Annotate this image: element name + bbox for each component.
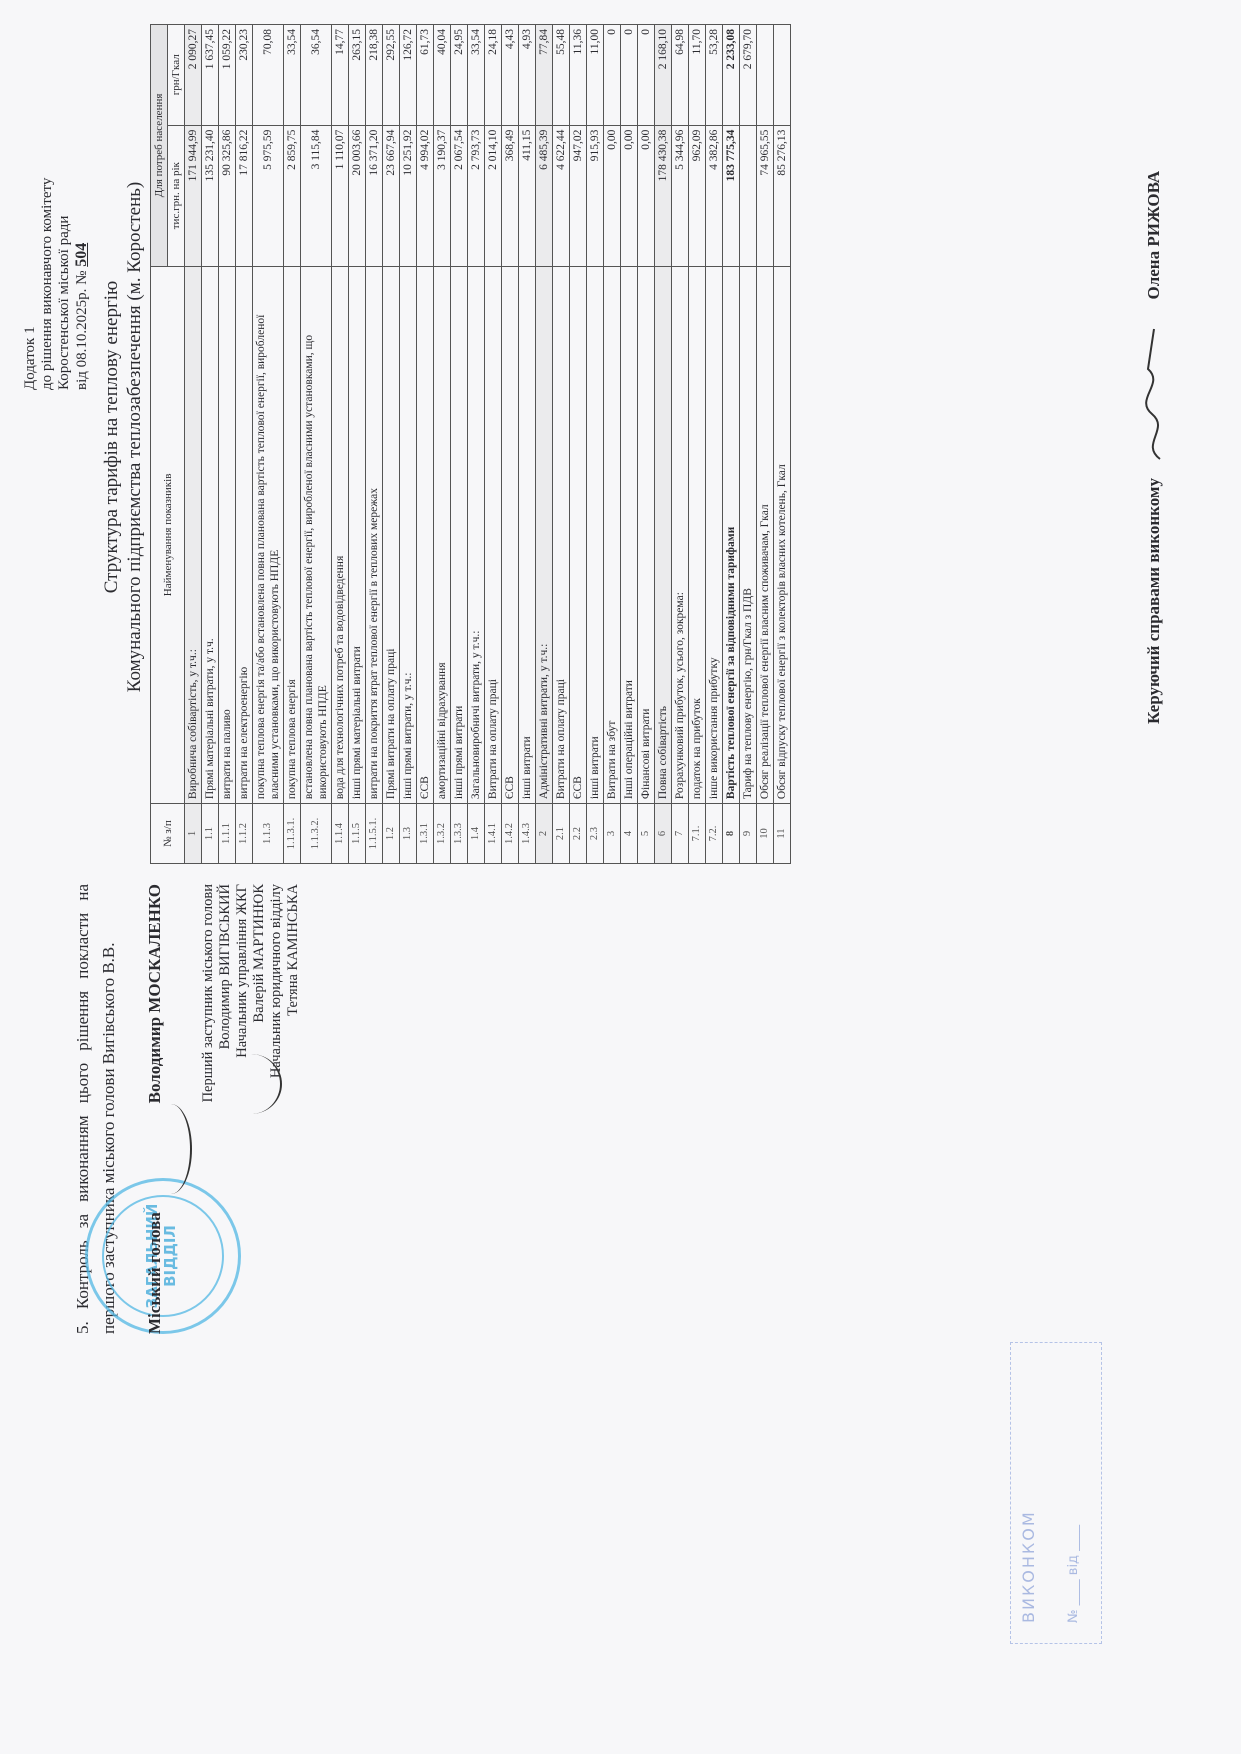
annex-decision: до рішення виконавчого комітету	[39, 60, 56, 390]
annex-header: Додаток 1 до рішення виконавчого комітет…	[22, 60, 91, 390]
row-value-thousand-uah: 135 231,40	[202, 125, 219, 266]
row-code: 1.2	[383, 804, 400, 864]
row-value-uah-per-gcal: 218,38	[366, 25, 383, 126]
row-code: 1.4.2	[502, 804, 519, 864]
row-code: 7	[672, 804, 689, 864]
row-value-thousand-uah: 4 622,44	[553, 125, 570, 266]
table-row: 2Адміністративні витрати, у т.ч.:6 485,3…	[536, 25, 553, 864]
row-name: інше використання прибутку	[706, 266, 723, 803]
row-code: 7.1.	[689, 804, 706, 864]
annex-council: Коростенської міської ради	[56, 60, 73, 390]
row-name: витрати на паливо	[219, 266, 236, 803]
row-value-uah-per-gcal: 2 233,08	[723, 25, 740, 126]
row-code: 4	[621, 804, 638, 864]
row-value-thousand-uah: 74 965,55	[757, 125, 774, 266]
row-name: Прямі витрати на оплату праці	[383, 266, 400, 803]
table-row: 1.1.4вода для технологічних потреб та во…	[332, 25, 349, 864]
table-row: 7Розрахунковий прибуток, усього, зокрема…	[672, 25, 689, 864]
row-value-uah-per-gcal: 55,48	[553, 25, 570, 126]
reg-stamp-title: ВИКОНКОМ	[1019, 1510, 1038, 1623]
row-value-uah-per-gcal: 33,54	[284, 25, 301, 126]
table-row: 1.4.1Витрати на оплату праці2 014,1024,1…	[485, 25, 502, 864]
annex-label: Додаток 1	[22, 60, 39, 390]
title-line-1: Структура тарифів на теплову енергію	[100, 20, 123, 854]
signer-position: Керуючий справами виконкому	[1144, 478, 1163, 724]
row-code: 2.3	[587, 804, 604, 864]
approval-position: Перший заступник міського голови	[200, 884, 217, 1114]
row-name: вода для технологічних потреб та водовід…	[332, 266, 349, 803]
row-value-thousand-uah: 4 382,86	[706, 125, 723, 266]
signature-mark	[1140, 324, 1170, 464]
row-value-thousand-uah: 915,93	[587, 125, 604, 266]
annex-page: Додаток 1 до рішення виконавчого комітет…	[0, 0, 1241, 874]
row-name: Витрати на оплату праці	[485, 266, 502, 803]
row-name: встановлена повна планована вартість теп…	[301, 266, 332, 803]
row-code: 2.2	[570, 804, 587, 864]
row-value-thousand-uah: 0,00	[638, 125, 655, 266]
row-value-uah-per-gcal: 77,84	[536, 25, 553, 126]
table-row: 1.1.2витрати на електроенергію17 816,222…	[236, 25, 253, 864]
row-name: Виробнича собівартість, у т.ч.:	[185, 266, 202, 803]
row-value-uah-per-gcal: 11,70	[689, 25, 706, 126]
row-value-uah-per-gcal: 0	[621, 25, 638, 126]
row-code: 3	[604, 804, 621, 864]
document-title: Структура тарифів на теплову енергію Ком…	[100, 20, 146, 854]
row-value-uah-per-gcal: 0	[638, 25, 655, 126]
table-row: 7.2.інше використання прибутку4 382,8653…	[706, 25, 723, 864]
row-code: 1.1.5.1.	[366, 804, 383, 864]
row-value-thousand-uah: 0,00	[604, 125, 621, 266]
mayor-title: Міський голова	[145, 1212, 164, 1334]
row-value-uah-per-gcal: 11,36	[570, 25, 587, 126]
row-name: ЄСВ	[417, 266, 434, 803]
row-value-thousand-uah: 6 485,39	[536, 125, 553, 266]
row-value-uah-per-gcal: 230,23	[236, 25, 253, 126]
row-name: Адміністративні витрати, у т.ч.:	[536, 266, 553, 803]
table-row: 4Інші операційні витрати0,000	[621, 25, 638, 864]
registration-stamp: ВИКОНКОМ № ____ від ____	[1010, 1342, 1102, 1644]
header-code: № з/п	[151, 804, 185, 864]
row-code: 5	[638, 804, 655, 864]
row-value-thousand-uah: 2 014,10	[485, 125, 502, 266]
row-name: ЄСВ	[502, 266, 519, 803]
table-row: 1.3.2амортизаційні відрахування3 190,374…	[434, 25, 451, 864]
annex-date-number: від 08.10.2025р. № 504	[73, 60, 91, 390]
row-name: покупна теплова енергія	[284, 266, 301, 803]
row-name: Розрахунковий прибуток, усього, зокрема:	[672, 266, 689, 803]
row-code: 2.1	[553, 804, 570, 864]
header-col1: тис.грн. на рік	[168, 125, 185, 266]
row-value-uah-per-gcal: 0	[604, 25, 621, 126]
row-value-thousand-uah: 0,00	[621, 125, 638, 266]
row-value-uah-per-gcal: 36,54	[301, 25, 332, 126]
table-row: 1.4Загальновиробничі витрати, у т.ч.:2 7…	[468, 25, 485, 864]
row-value-thousand-uah: 3 115,84	[301, 125, 332, 266]
title-line-2: Комунального підприємства теплозабезпече…	[123, 20, 146, 854]
signature-mark	[220, 1054, 282, 1114]
table-row: 1.1Прямі матеріальні витрати, у т.ч.135 …	[202, 25, 219, 864]
table-row: 11Обсяг відпуску теплової енергії з коле…	[774, 25, 791, 864]
row-value-thousand-uah: 17 816,22	[236, 125, 253, 266]
row-name: інші прямі витрати, у т.ч.:	[400, 266, 417, 803]
signer-name: Олена РИЖОВА	[1144, 171, 1163, 300]
executive-signature-block: Керуючий справами виконкому Олена РИЖОВА	[1140, 171, 1170, 724]
row-value-thousand-uah: 171 944,99	[185, 125, 202, 266]
row-value-thousand-uah: 947,02	[570, 125, 587, 266]
row-code: 1.1	[202, 804, 219, 864]
table-body: 1Виробнича собівартість, у т.ч.:171 944,…	[185, 25, 791, 864]
row-value-uah-per-gcal: 70,08	[253, 25, 284, 126]
reg-stamp-line: № ____ від ____	[1066, 1525, 1081, 1623]
row-code: 1.3.1	[417, 804, 434, 864]
row-value-uah-per-gcal: 4,93	[519, 25, 536, 126]
row-code: 1.1.1	[219, 804, 236, 864]
row-value-thousand-uah: 962,09	[689, 125, 706, 266]
row-value-uah-per-gcal: 126,72	[400, 25, 417, 126]
row-value-thousand-uah: 5 344,96	[672, 125, 689, 266]
table-row: 8Вартість теплової енергії за відповідни…	[723, 25, 740, 864]
row-code: 1.1.3.2.	[301, 804, 332, 864]
annex-date: від 08.10.2025р. №	[74, 271, 90, 390]
row-name: Загальновиробничі витрати, у т.ч.:	[468, 266, 485, 803]
table-row: 1.3інші прямі витрати, у т.ч.:10 251,921…	[400, 25, 417, 864]
row-value-uah-per-gcal: 2 090,27	[185, 25, 202, 126]
table-row: 5Фінансові витрати0,000	[638, 25, 655, 864]
row-name: Тариф на теплову енергію, грн/Гкал з ПДВ	[740, 266, 757, 803]
row-value-thousand-uah: 90 325,86	[219, 125, 236, 266]
row-name: витрати на електроенергію	[236, 266, 253, 803]
table-row: 1.1.3.1.покупна теплова енергія2 859,753…	[284, 25, 301, 864]
tariff-structure-table: № з/п Найменування показників Для потреб…	[150, 24, 791, 864]
row-code: 9	[740, 804, 757, 864]
row-value-uah-per-gcal: 4,43	[502, 25, 519, 126]
row-code: 2	[536, 804, 553, 864]
header-group: Для потреб населення	[151, 25, 168, 267]
row-name: інші прямі матеріальні витрати	[349, 266, 366, 803]
row-code: 6	[655, 804, 672, 864]
row-name: інші витрати	[519, 266, 536, 803]
row-name: Прямі матеріальні витрати, у т.ч.	[202, 266, 219, 803]
row-value-uah-per-gcal: 11,00	[587, 25, 604, 126]
table-row: 9Тариф на теплову енергію, грн/Гкал з ПД…	[740, 25, 757, 864]
row-value-thousand-uah: 183 775,34	[723, 125, 740, 266]
row-code: 1.1.3.1.	[284, 804, 301, 864]
left-page: 5. Контроль за виконанням цього рішення …	[0, 874, 1241, 1754]
table-row: 2.1Витрати на оплату праці4 622,4455,48	[553, 25, 570, 864]
row-value-thousand-uah: 3 190,37	[434, 125, 451, 266]
row-name: Фінансові витрати	[638, 266, 655, 803]
row-value-uah-per-gcal: 24,95	[451, 25, 468, 126]
row-value-thousand-uah: 2 859,75	[284, 125, 301, 266]
row-code: 1.1.5	[349, 804, 366, 864]
row-value-thousand-uah: 5 975,59	[253, 125, 284, 266]
mayor-name: Володимир МОСКАЛЕНКО	[145, 884, 165, 1103]
row-code: 1.3.2	[434, 804, 451, 864]
table-row: 7.1.податок на прибуток962,0911,70	[689, 25, 706, 864]
table-row: 2.3інші витрати915,9311,00	[587, 25, 604, 864]
row-name: ЄСВ	[570, 266, 587, 803]
row-name: Обсяг відпуску теплової енергії з колект…	[774, 266, 791, 803]
row-value-thousand-uah: 2 067,54	[451, 125, 468, 266]
row-name: Витрати на збут	[604, 266, 621, 803]
row-value-thousand-uah: 10 251,92	[400, 125, 417, 266]
row-value-thousand-uah	[740, 125, 757, 266]
header-col2: грн/Гкал	[168, 25, 185, 126]
document-sheet: 5. Контроль за виконанням цього рішення …	[0, 0, 1241, 1754]
row-code: 1.3.3	[451, 804, 468, 864]
row-code: 11	[774, 804, 791, 864]
row-code: 1.4	[468, 804, 485, 864]
row-value-uah-per-gcal: 1 637,45	[202, 25, 219, 126]
row-name: Інші операційні витрати	[621, 266, 638, 803]
table-row: 1.1.5інші прямі матеріальні витрати20 00…	[349, 25, 366, 864]
row-value-thousand-uah: 2 793,73	[468, 125, 485, 266]
row-name: Вартість теплової енергії за відповідним…	[723, 266, 740, 803]
row-name: Обсяг реалізації теплової енергії власни…	[757, 266, 774, 803]
row-name: Витрати на оплату праці	[553, 266, 570, 803]
row-code: 1.1.4	[332, 804, 349, 864]
row-name: інші прямі витрати	[451, 266, 468, 803]
header-name: Найменування показників	[151, 266, 185, 803]
table-row: 1.3.3інші прямі витрати2 067,5424,95	[451, 25, 468, 864]
row-name: податок на прибуток	[689, 266, 706, 803]
row-value-uah-per-gcal: 1 059,22	[219, 25, 236, 126]
row-value-thousand-uah: 368,49	[502, 125, 519, 266]
table-row: 1.1.3покупна теплова енергія та/або вста…	[253, 25, 284, 864]
table-row: 3Витрати на збут0,000	[604, 25, 621, 864]
row-value-thousand-uah: 178 430,38	[655, 125, 672, 266]
row-value-uah-per-gcal: 40,04	[434, 25, 451, 126]
signature-mark	[150, 1104, 192, 1194]
row-value-uah-per-gcal: 64,98	[672, 25, 689, 126]
row-value-uah-per-gcal: 24,18	[485, 25, 502, 126]
row-code: 1.4.3	[519, 804, 536, 864]
row-value-uah-per-gcal: 2 679,70	[740, 25, 757, 126]
row-value-thousand-uah: 4 994,02	[417, 125, 434, 266]
row-name: амортизаційні відрахування	[434, 266, 451, 803]
row-value-uah-per-gcal: 61,73	[417, 25, 434, 126]
row-code: 1	[185, 804, 202, 864]
row-value-uah-per-gcal: 2 168,10	[655, 25, 672, 126]
row-name: витрати на покриття втрат теплової енерг…	[366, 266, 383, 803]
row-value-uah-per-gcal: 53,28	[706, 25, 723, 126]
row-code: 7.2.	[706, 804, 723, 864]
approval-name: Тетяна КАМІНСЬКА	[285, 884, 302, 1114]
annex-number: 504	[73, 243, 90, 267]
row-value-thousand-uah: 16 371,20	[366, 125, 383, 266]
table-row: 1Виробнича собівартість, у т.ч.:171 944,…	[185, 25, 202, 864]
row-code: 1.3	[400, 804, 417, 864]
row-value-uah-per-gcal: 14,77	[332, 25, 349, 126]
row-value-thousand-uah: 411,15	[519, 125, 536, 266]
row-code: 8	[723, 804, 740, 864]
row-name: інші витрати	[587, 266, 604, 803]
row-value-thousand-uah: 20 003,66	[349, 125, 366, 266]
row-value-thousand-uah: 1 110,07	[332, 125, 349, 266]
row-value-thousand-uah: 23 667,94	[383, 125, 400, 266]
row-value-uah-per-gcal: 292,55	[383, 25, 400, 126]
table-row: 1.1.3.2.встановлена повна планована варт…	[301, 25, 332, 864]
row-value-uah-per-gcal	[774, 25, 791, 126]
row-value-thousand-uah: 85 276,13	[774, 125, 791, 266]
row-code: 1.4.1	[485, 804, 502, 864]
table-row: 1.2Прямі витрати на оплату праці23 667,9…	[383, 25, 400, 864]
table-row: 1.4.2ЄСВ368,494,43	[502, 25, 519, 864]
row-code: 1.1.3	[253, 804, 284, 864]
table-row: 6Повна собівартість178 430,382 168,10	[655, 25, 672, 864]
table-row: 1.1.1витрати на паливо90 325,861 059,22	[219, 25, 236, 864]
row-value-uah-per-gcal: 263,15	[349, 25, 366, 126]
row-value-uah-per-gcal: 33,54	[468, 25, 485, 126]
row-name: покупна теплова енергія та/або встановле…	[253, 266, 284, 803]
table-row: 1.1.5.1.витрати на покриття втрат теплов…	[366, 25, 383, 864]
row-code: 1.1.2	[236, 804, 253, 864]
table-row: 10Обсяг реалізації теплової енергії влас…	[757, 25, 774, 864]
row-value-uah-per-gcal	[757, 25, 774, 126]
row-code: 10	[757, 804, 774, 864]
row-name: Повна собівартість	[655, 266, 672, 803]
table-row: 2.2ЄСВ947,0211,36	[570, 25, 587, 864]
table-row: 1.4.3інші витрати411,154,93	[519, 25, 536, 864]
table-row: 1.3.1ЄСВ4 994,0261,73	[417, 25, 434, 864]
